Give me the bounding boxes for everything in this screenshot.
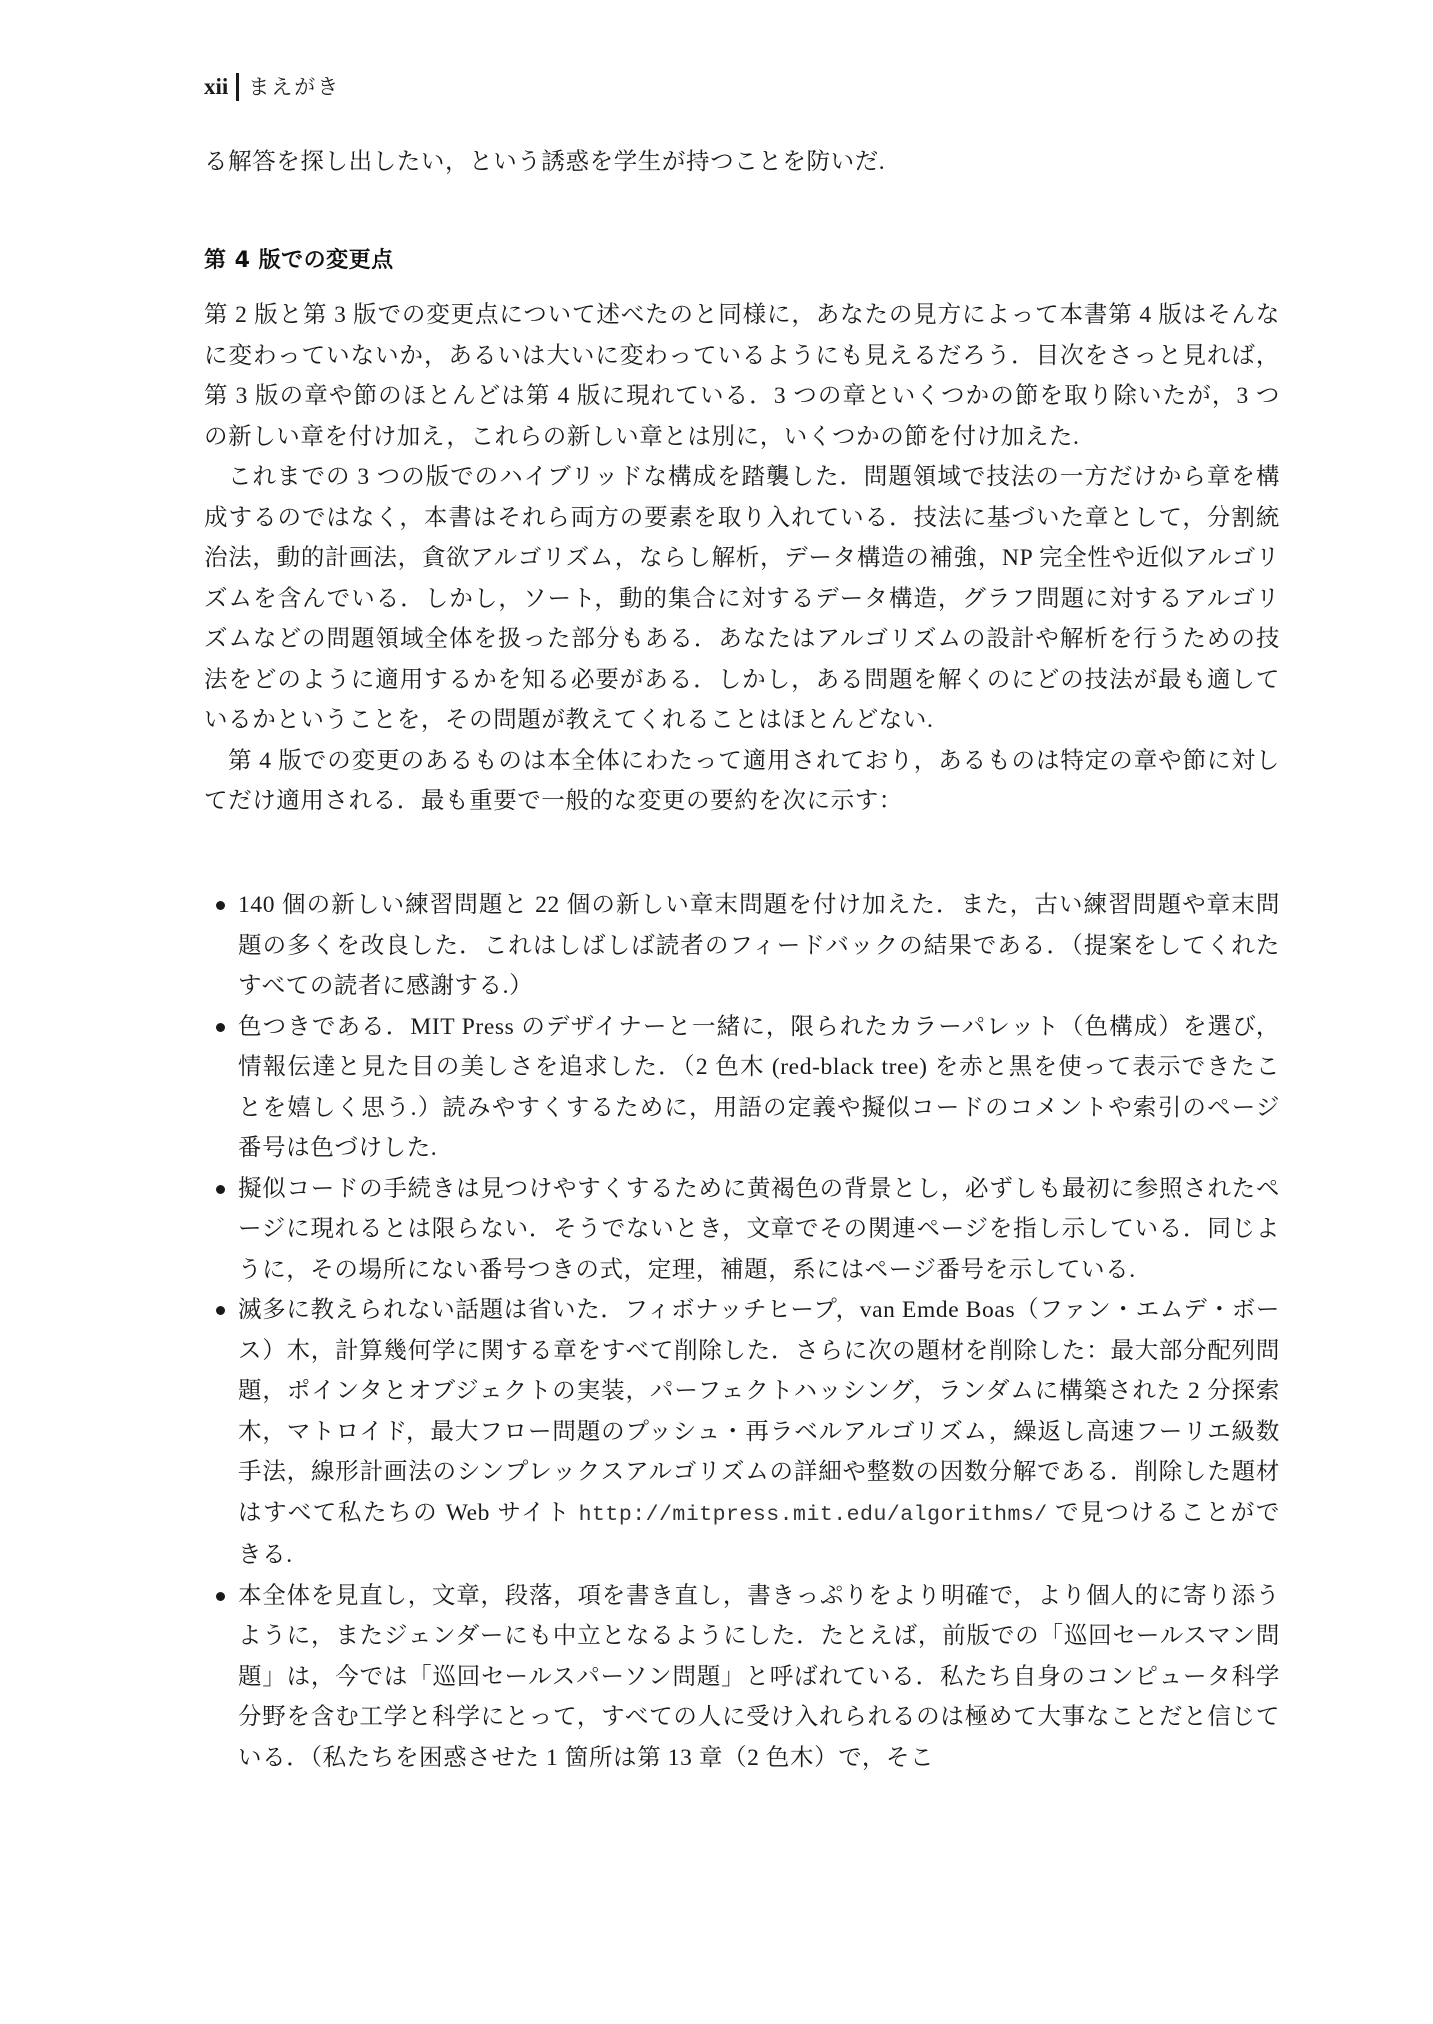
paragraph-1: 第 2 版と第 3 版での変更点について述べたのと同様に，あなたの見方によって本…	[204, 295, 1280, 457]
paragraph-3: 第 4 版での変更のあるものは本全体にわたって適用されており，あるものは特定の章…	[204, 741, 1280, 822]
page-number: xii	[204, 72, 228, 102]
running-head: xii まえがき	[204, 72, 340, 102]
list-item-text: 滅多に教えられない話題は省いた．フィボナッチヒープ，van Emde Boas（…	[238, 1297, 1280, 1526]
section-heading: 第 4 版での変更点	[204, 246, 394, 276]
list-item-rewrite: 本全体を見直し，文章，段落，項を書き直し，書きっぷりをより明確で，より個人的に寄…	[204, 1576, 1280, 1779]
list-item-removed-topics: 滅多に教えられない話題は省いた．フィボナッチヒープ，van Emde Boas（…	[204, 1290, 1280, 1576]
bullet-icon	[216, 901, 225, 910]
bullet-icon	[216, 1185, 225, 1194]
bullet-icon	[216, 1306, 225, 1315]
header-divider	[236, 73, 239, 101]
list-item-text: 140 個の新しい練習問題と 22 個の新しい章末問題を付け加えた．また，古い練…	[238, 892, 1280, 999]
list-item-text: 擬似コードの手続きは見つけやすくするために黄褐色の背景とし，必ずしも最初に参照さ…	[238, 1176, 1280, 1283]
paragraph-2: これまでの 3 つの版でのハイブリッドな構成を踏襲した．問題領域で技法の一方だけ…	[204, 457, 1280, 741]
website-url[interactable]: http://mitpress.mit.edu/algorithms/	[579, 1503, 1048, 1527]
list-item-text: 本全体を見直し，文章，段落，項を書き直し，書きっぷりをより明確で，より個人的に寄…	[238, 1583, 1280, 1771]
list-item-color: 色つきである．MIT Press のデザイナーと一緒に，限られたカラーパレット（…	[204, 1007, 1280, 1169]
list-item-new-exercises: 140 個の新しい練習問題と 22 個の新しい章末問題を付け加えた．また，古い練…	[204, 885, 1280, 1007]
changes-list: 140 個の新しい練習問題と 22 個の新しい章末問題を付け加えた．また，古い練…	[204, 885, 1280, 1778]
bullet-icon	[216, 1592, 225, 1601]
running-title: まえがき	[248, 72, 340, 102]
carryover-text: る解答を探し出したい，という誘惑を学生が持つことを防いだ.	[204, 142, 1280, 183]
section-body: 第 2 版と第 3 版での変更点について述べたのと同様に，あなたの見方によって本…	[204, 295, 1280, 822]
list-item-pseudocode: 擬似コードの手続きは見つけやすくするために黄褐色の背景とし，必ずしも最初に参照さ…	[204, 1169, 1280, 1291]
bullet-icon	[216, 1023, 225, 1032]
list-item-text: 色つきである．MIT Press のデザイナーと一緒に，限られたカラーパレット（…	[238, 1014, 1280, 1162]
